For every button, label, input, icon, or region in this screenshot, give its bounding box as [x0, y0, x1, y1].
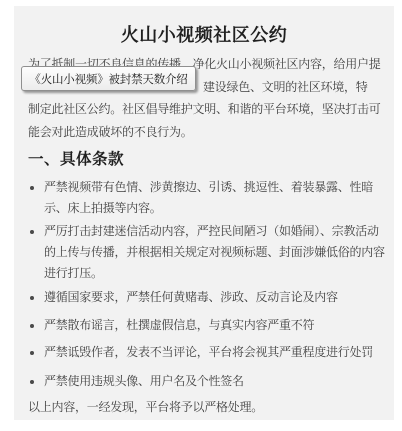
- footer-note: 以上内容，一经发现，平台将予以严格处理。: [28, 397, 380, 418]
- bullet-text: 遵循国家要求，严禁任何黄赌毒、涉政、反动言论及内容: [44, 287, 338, 308]
- page-background: { "colors": { "page_bg": "#ffffff", "car…: [0, 0, 402, 431]
- bullet-line: 遵循国家要求，严禁任何黄赌毒、涉政、反动言论及内容: [44, 287, 338, 308]
- bullet-line: 的上传与传播，并根据相关规定对视频标题、封面涉嫌低俗的内容: [44, 242, 380, 263]
- list-item: 严厉打击封建迷信活动内容，严控民间陋习（如婚闹）、宗教活动 的上传与传播，并根据…: [28, 221, 380, 284]
- page-title: 火山小视频社区公约: [28, 24, 380, 46]
- section-heading: 一、具体条款: [28, 149, 380, 170]
- bullet-line: 严禁诋毁作者，发表不当评论，平台将会视其严重程度进行处罚: [44, 342, 373, 363]
- list-item: 严禁视频带有色情、涉黄擦边、引诱、挑逗性、着装暴露、性暗 示、床上拍摄等内容。: [28, 177, 380, 219]
- bullet-icon: [30, 380, 34, 384]
- list-item: 严禁使用违规头像、用户名及个性签名: [28, 371, 380, 392]
- bullet-icon: [30, 351, 34, 355]
- bullet-line: 严禁散布谣言，杜撰虚假信息，与真实内容严重不符: [44, 315, 314, 336]
- list-item: 严禁散布谣言，杜撰虚假信息，与真实内容严重不符: [28, 315, 380, 336]
- bullet-line: 进行打压。: [44, 263, 380, 284]
- intro-line-4: 能会对此造成破坏的不良行为。: [28, 121, 380, 144]
- bullet-text: 严禁诋毁作者，发表不当评论，平台将会视其严重程度进行处罚: [44, 342, 373, 363]
- intro-line-2-visible: 建设绿色、文明的社区环境，特: [203, 76, 368, 99]
- bullet-line: 严禁视频带有色情、涉黄擦边、引诱、挑逗性、着装暴露、性暗: [44, 177, 373, 198]
- bullet-icon: [30, 230, 34, 234]
- list-item: 遵循国家要求，严禁任何黄赌毒、涉政、反动言论及内容: [28, 287, 380, 308]
- intro-line-3: 制定此社区公约。社区倡导维护文明、和谐的平台环境，坚决打击可: [28, 98, 380, 121]
- bullet-line: 严禁使用违规头像、用户名及个性签名: [44, 371, 244, 392]
- bullet-text: 严禁视频带有色情、涉黄擦边、引诱、挑逗性、着装暴露、性暗 示、床上拍摄等内容。: [44, 177, 373, 219]
- bullet-text: 严厉打击封建迷信活动内容，严控民间陋习（如婚闹）、宗教活动 的上传与传播，并根据…: [44, 221, 380, 284]
- terms-list: 严禁视频带有色情、涉黄擦边、引诱、挑逗性、着装暴露、性暗 示、床上拍摄等内容。 …: [28, 177, 380, 392]
- bullet-text: 严禁使用违规头像、用户名及个性签名: [44, 371, 244, 392]
- bullet-icon: [30, 186, 34, 190]
- bullet-line: 示、床上拍摄等内容。: [44, 198, 373, 219]
- bullet-line: 严厉打击封建迷信活动内容，严控民间陋习（如婚闹）、宗教活动: [44, 221, 380, 242]
- list-item: 严禁诋毁作者，发表不当评论，平台将会视其严重程度进行处罚: [28, 342, 380, 363]
- bullet-icon: [30, 296, 34, 300]
- ban-days-tooltip: 《火山小视频》被封禁天数介绍: [21, 66, 196, 91]
- content-card: 火山小视频社区公约 为了抵制一切不良信息的传播，净化火山小视频社区内容，给用户提…: [14, 6, 394, 420]
- bullet-icon: [30, 324, 34, 328]
- tooltip-label: 《火山小视频》被封禁天数介绍: [29, 71, 187, 87]
- bullet-text: 严禁散布谣言，杜撰虚假信息，与真实内容严重不符: [44, 315, 314, 336]
